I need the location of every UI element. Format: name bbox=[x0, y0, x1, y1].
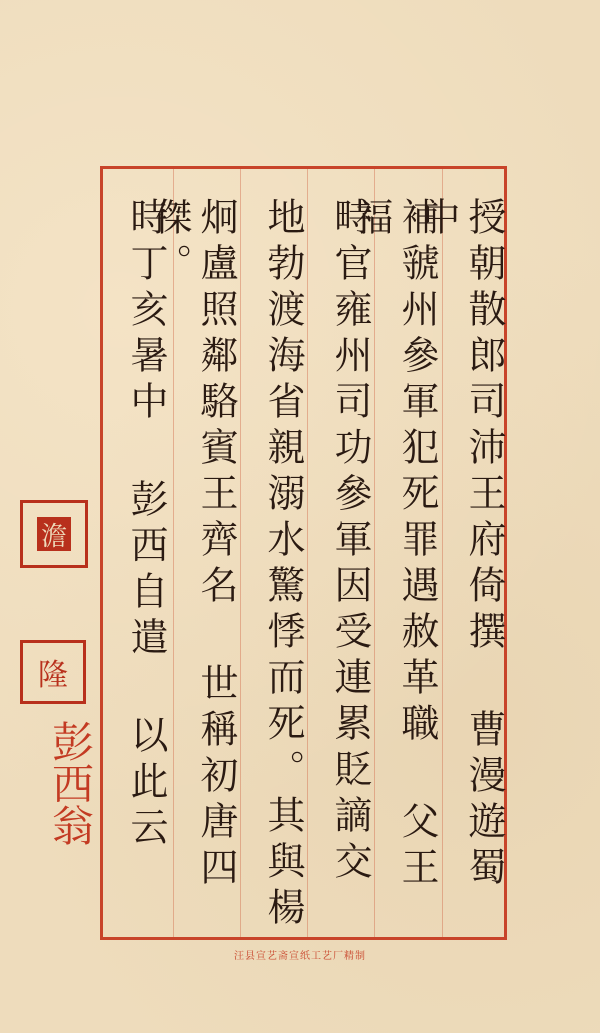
calligraphy-column-6: 時丁亥暑中 彭西自遣 以此云 bbox=[109, 197, 169, 853]
seal-upper: 澹 bbox=[20, 500, 88, 568]
column-rule bbox=[240, 169, 241, 937]
column-rule bbox=[307, 169, 308, 937]
seal-lower: 隆 bbox=[20, 640, 86, 704]
calligraphy-column-1: 授朝散郎司沛王府倚撰 曹漫遊蜀中 bbox=[447, 197, 507, 937]
calligraphy-column-3: 畤官雍州司功參軍因受連累貶謫交 bbox=[313, 197, 373, 887]
calligraphy-column-4: 地勃渡海省親溺水驚悸而死。其與楊 bbox=[246, 197, 306, 933]
seal-lower-glyph: 隆 bbox=[38, 650, 68, 694]
artist-signature: 彭西翁 bbox=[36, 720, 96, 846]
writing-frame: 授朝散郎司沛王府倚撰 曹漫遊蜀中 補虢州參軍犯死罪遇赦革職 父王福 畤官雍州司功… bbox=[100, 166, 507, 940]
calligraphy-column-5: 炯盧照鄰駱賓王齊名 世稱初唐四傑。 bbox=[179, 197, 239, 937]
seal-upper-glyph: 澹 bbox=[37, 517, 71, 551]
calligraphy-column-2: 補虢州參軍犯死罪遇赦革職 父王福 bbox=[380, 197, 440, 937]
paper-maker-imprint: 汪县宣艺斋宣纸工艺厂精制 bbox=[0, 947, 600, 962]
